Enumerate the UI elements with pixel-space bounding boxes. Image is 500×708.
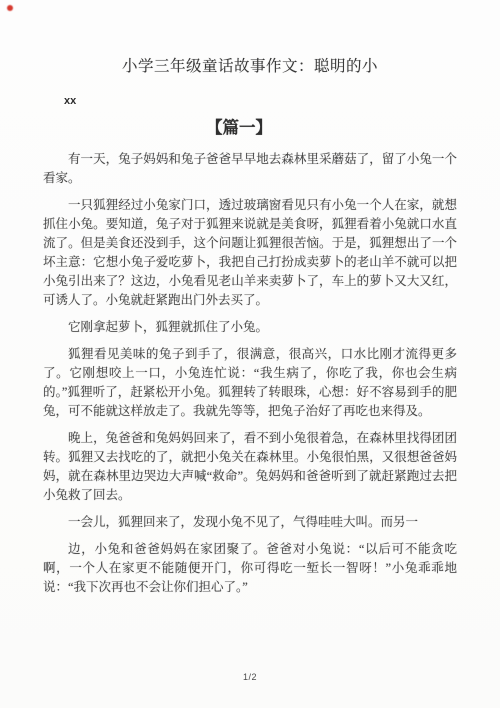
document-title: 小学三年级童话故事作文：聪明的小 (30, 56, 470, 78)
page-number: 1/2 (0, 672, 500, 682)
author-name: xx (64, 95, 500, 108)
essay-paragraph: 边，小兔和爸爸妈妈在家团聚了。爸爸对小兔说：“以后可不能贪吃啊，一个人在家更不能… (43, 540, 457, 597)
essay-paragraph: 狐狸看见美味的兔子到手了，很满意，很高兴，口水比刚才流得更多了。它刚想咬上一口，… (43, 345, 457, 421)
essay-paragraph: 它刚拿起萝卜，狐狸就抓住了小兔。 (43, 318, 457, 337)
section-heading: 【篇一】 (0, 117, 489, 139)
essay-body: 有一天，兔子妈妈和兔子爸爸早早地去森林里采蘑菇了，留了小兔一个看家。一只狐狸经过… (43, 150, 457, 597)
essay-paragraph: 晚上，兔爸爸和兔妈妈回来了，看不到小兔很着急，在森林里找得团团转。狐狸又去找吃的… (43, 429, 457, 505)
document-page: 小学三年级童话故事作文：聪明的小 xx 【篇一】 有一天，兔子妈妈和兔子爸爸早早… (0, 0, 500, 708)
essay-paragraph: 一只狐狸经过小兔家门口，透过玻璃窗看见只有小兔一个人在家，就想抓住小兔。要知道，… (43, 196, 457, 310)
red-dot-marker (7, 5, 13, 11)
essay-paragraph: 一会儿，狐狸回来了，发现小兔不见了，气得哇哇大叫。而另一 (43, 513, 457, 532)
essay-paragraph: 有一天，兔子妈妈和兔子爸爸早早地去森林里采蘑菇了，留了小兔一个看家。 (43, 150, 457, 188)
